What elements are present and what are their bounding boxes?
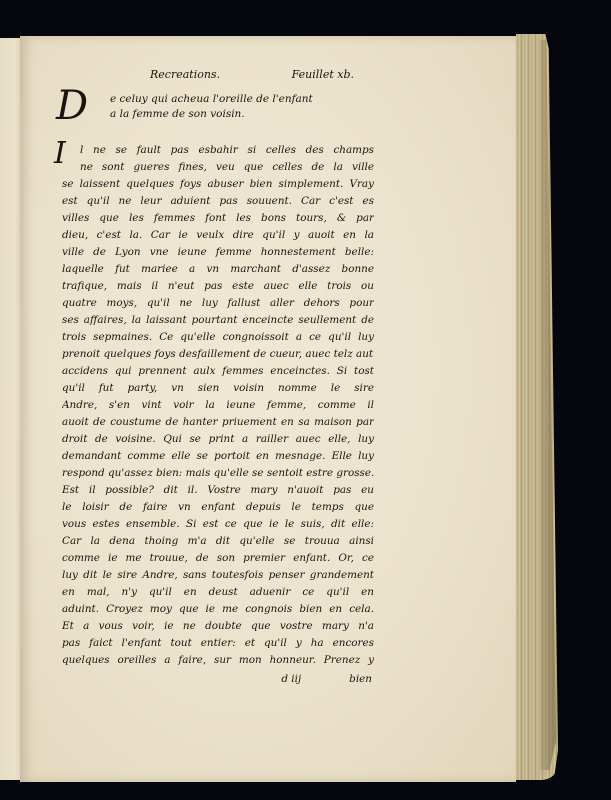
text-line: le loisir de faire vn enfant depuis le t… — [62, 499, 374, 516]
text-line: comme ie me trouue, de son premier enfan… — [62, 550, 374, 567]
text-line: trois sepmaines. Ce qu'elle congnoissoit… — [62, 329, 374, 346]
text-line: pas faict l'enfant tout entier: et qu'il… — [62, 635, 374, 652]
signature-mark: d iij — [281, 673, 301, 685]
text-line: dieu, c'est la. Car ie veulx dire qu'il … — [62, 227, 374, 244]
text-line: ne sont gueres fines, veu que celles de … — [62, 159, 374, 176]
text-line: Andre, s'en vint voir la ieune femme, co… — [62, 397, 374, 414]
text-line: ses affaires, la laissant pourtant encei… — [62, 312, 374, 329]
running-head-title: Recreations. — [150, 68, 220, 88]
text-line: Et a vous voir, ie ne doubte que vostre … — [62, 618, 374, 635]
page-footer: d iij bien — [62, 673, 374, 685]
running-head: Recreations. Feuillet xb. — [62, 68, 374, 88]
text-block: Recreations. Feuillet xb. D e celuy qui … — [62, 68, 374, 685]
text-line: trafique, mais il n'eut pas este auec el… — [62, 278, 374, 295]
section-title-line: a la femme de son voisin. — [110, 107, 374, 122]
text-line: quelques oreilles a faire, sur mon honne… — [62, 652, 374, 669]
text-line: en mal, n'y qu'il en deust aduenir ce qu… — [62, 584, 374, 601]
text-line: laquelle fut mariee a vn marchant d'asse… — [62, 261, 374, 278]
text-line: ville de Lyon vne ieune femme honnesteme… — [62, 244, 374, 261]
section-title: D e celuy qui acheua l'oreille de l'enfa… — [62, 92, 374, 128]
folio-number: Feuillet xb. — [292, 68, 354, 88]
text-line: droit de voisine. Qui se print a railler… — [62, 431, 374, 448]
text-line: luy dit le sire Andre, sans toutesfois p… — [62, 567, 374, 584]
text-line: se laissent quelques foys abuser bien si… — [62, 176, 374, 193]
text-line: auoit de coustume de hanter priuement en… — [62, 414, 374, 431]
body-text: I l ne se fault pas esbahir si celles de… — [62, 142, 374, 669]
catchword: bien — [349, 673, 372, 685]
text-line: Est il possible? dit il. Vostre mary n'a… — [62, 482, 374, 499]
text-line: accidens qui prennent aulx femmes encein… — [62, 363, 374, 380]
text-line: villes que les femmes font les bons tour… — [62, 210, 374, 227]
text-line: demandant comme elle se portoit en mesna… — [62, 448, 374, 465]
text-line: qu'il fut party, vn sien voisin nomme le… — [62, 380, 374, 397]
section-title-line: e celuy qui acheua l'oreille de l'enfant — [110, 92, 374, 107]
text-line: quatre moys, qu'il ne luy fallust aller … — [62, 295, 374, 312]
text-line: prenoit quelques foys desfaillement de c… — [62, 346, 374, 363]
decorated-initial-i: I — [54, 136, 66, 171]
text-line: vous estes ensemble. Si est ce que ie le… — [62, 516, 374, 533]
text-line: l ne se fault pas esbahir si celles des … — [62, 142, 374, 159]
text-line: Car la dena thoing m'a dit qu'elle se tr… — [62, 533, 374, 550]
text-line: est qu'il ne leur aduient pas souuent. C… — [62, 193, 374, 210]
decorated-initial-d: D — [56, 86, 88, 126]
text-line: aduint. Croyez moy que ie me congnois bi… — [62, 601, 374, 618]
text-line: respond qu'assez bien: mais qu'elle se s… — [62, 465, 374, 482]
